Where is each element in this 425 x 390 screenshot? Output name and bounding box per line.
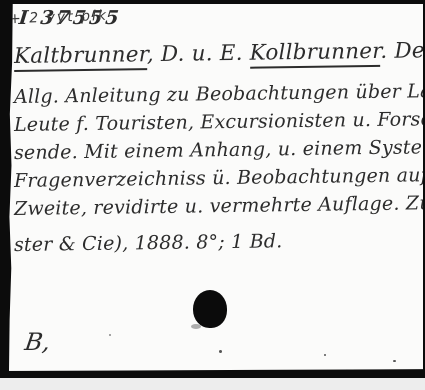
dust-speck bbox=[109, 334, 111, 336]
author-name-kollbrunner: Kollbrunner bbox=[250, 39, 381, 69]
bottom-mark: B, bbox=[23, 328, 52, 356]
dust-speck bbox=[324, 354, 326, 356]
body-line: sende. Mit einem Anhang, u. einem System… bbox=[14, 136, 423, 164]
catalog-card: I 37555 Kaltbrunner, D. u. E. Kollbrunne… bbox=[9, 4, 423, 371]
punch-hole bbox=[193, 290, 227, 328]
catalog-card-scan: I 37555 Kaltbrunner, D. u. E. Kollbrunne… bbox=[0, 0, 425, 390]
body-line: Fragenverzeichniss ü. Beobachtungen auf … bbox=[14, 163, 423, 192]
body-line: ster & Cie), 1888. 8°; 1 Bd. bbox=[14, 230, 283, 256]
dust-speck bbox=[219, 350, 222, 353]
body-line: Allg. Anleitung zu Beobachtungen über La… bbox=[14, 79, 423, 108]
card-bottom-edge bbox=[0, 369, 425, 378]
dust-speck bbox=[393, 360, 396, 362]
body-line: Leute f. Touristen, Excursionisten u. Fo… bbox=[14, 107, 423, 136]
heading-separator: , D. u. E. bbox=[147, 41, 250, 67]
title-start: . Der Beobachter bbox=[380, 36, 423, 64]
author-name-kaltbrunner: Kaltbrunner bbox=[14, 42, 147, 72]
body-line: Zweite, revidirte u. vermehrte Auflage. … bbox=[14, 191, 423, 220]
scanner-background-strip bbox=[0, 378, 425, 390]
heading-line: Kaltbrunner, D. u. E. Kollbrunner. Der B… bbox=[14, 36, 423, 69]
smudge bbox=[191, 324, 201, 329]
